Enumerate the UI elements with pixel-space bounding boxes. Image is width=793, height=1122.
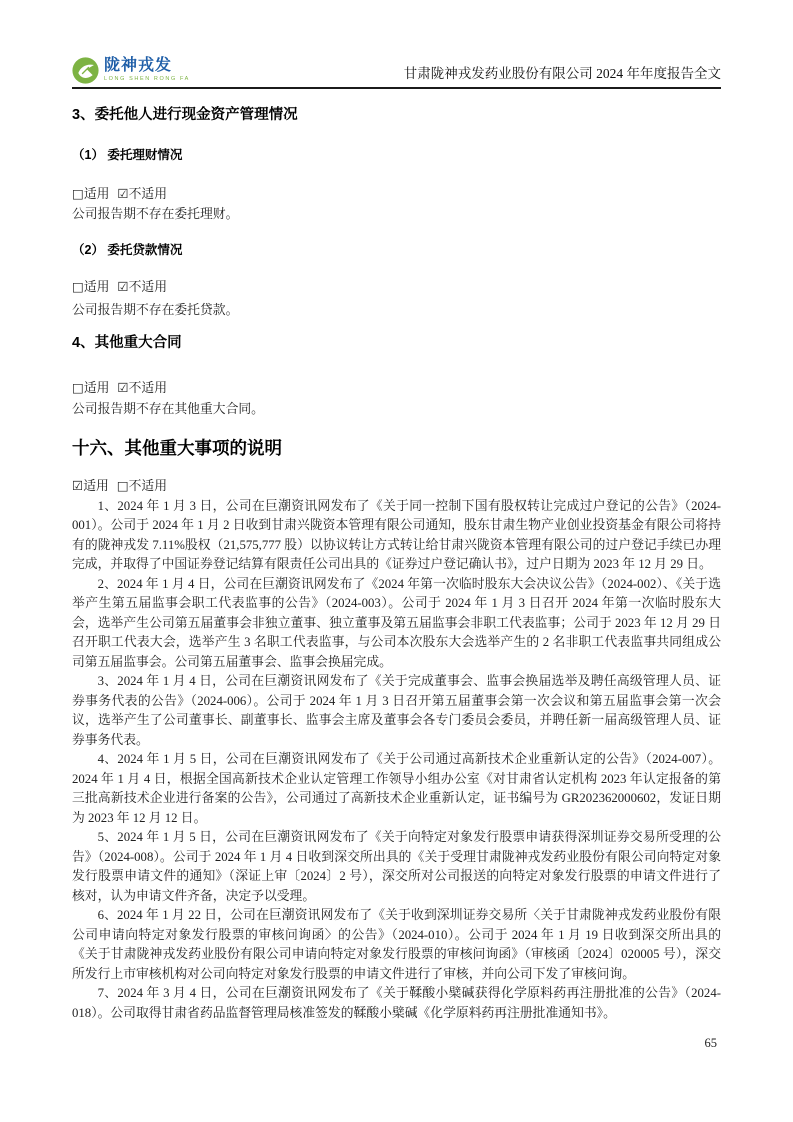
applicability-line-s3-2: □适用☑不适用 (72, 277, 721, 297)
paragraph-7: 7、2024 年 3 月 4 日，公司在巨潮资讯网发布了《关于鞣酸小檗碱获得化学… (72, 984, 721, 1023)
section-3-1-heading: （1） 委托理财情况 (72, 147, 721, 164)
checkbox-unchecked-icon: □ (72, 279, 84, 294)
section-16-body: 1、2024 年 1 月 3 日，公司在巨潮资讯网发布了《关于同一控制下国有股权… (72, 497, 721, 1024)
section-4-heading: 4、其他重大合同 (72, 334, 721, 353)
checkbox-unchecked-icon: □ (72, 186, 84, 201)
section-3-heading: 3、委托他人进行现金资产管理情况 (72, 106, 721, 125)
applicability-label: 不适用 (129, 280, 167, 294)
checkbox-checked-icon: ☑ (117, 380, 128, 395)
note-text-s3-1: 公司报告期不存在委托理财。 (72, 205, 721, 225)
header-rule (72, 87, 721, 89)
paragraph-6: 6、2024 年 1 月 22 日，公司在巨潮资讯网发布了《关于收到深圳证券交易… (72, 906, 721, 984)
applicability-label: 不适用 (129, 187, 167, 201)
page-number: 65 (705, 1036, 718, 1051)
checkbox-checked-icon: ☑ (117, 279, 128, 294)
doc-title: 甘肃陇神戎发药业股份有限公司 2024 年年度报告全文 (404, 66, 721, 84)
checkbox-unchecked-icon: □ (117, 478, 129, 493)
applicability-line-s4: □适用☑不适用 (72, 378, 721, 398)
logo-text-block: 陇神戎发 LONG SHEN RONG FA (104, 58, 190, 83)
paragraph-1: 1、2024 年 1 月 3 日，公司在巨潮资讯网发布了《关于同一控制下国有股权… (72, 497, 721, 575)
logo-company-subtitle: LONG SHEN RONG FA (104, 77, 190, 83)
note-text-s4: 公司报告期不存在其他重大合同。 (72, 400, 721, 420)
logo-bird-icon (72, 57, 99, 84)
report-page: 陇神戎发 LONG SHEN RONG FA 甘肃陇神戎发药业股份有限公司 20… (0, 0, 793, 1122)
paragraph-3: 3、2024 年 1 月 4 日，公司在巨潮资讯网发布了《关于完成董事会、监事会… (72, 672, 721, 750)
company-logo: 陇神戎发 LONG SHEN RONG FA (72, 57, 190, 84)
applicability-label: 适用 (84, 280, 110, 294)
page-header: 陇神戎发 LONG SHEN RONG FA 甘肃陇神戎发药业股份有限公司 20… (72, 46, 721, 84)
note-text-s3-2: 公司报告期不存在委托贷款。 (72, 301, 721, 321)
checkbox-checked-icon: ☑ (72, 478, 83, 493)
logo-company-name: 陇神戎发 (104, 58, 190, 74)
applicability-label: 适用 (83, 479, 109, 493)
applicability-label: 不适用 (129, 381, 167, 395)
paragraph-5: 5、2024 年 1 月 5 日，公司在巨潮资讯网发布了《关于向特定对象发行股票… (72, 828, 721, 906)
paragraph-2: 2、2024 年 1 月 4 日，公司在巨潮资讯网发布了《2024 年第一次临时… (72, 575, 721, 673)
applicability-line-s16: ☑适用□不适用 (72, 476, 721, 496)
checkbox-unchecked-icon: □ (72, 380, 84, 395)
applicability-line-s3-1: □适用☑不适用 (72, 184, 721, 204)
applicability-label: 不适用 (129, 479, 167, 493)
section-16-heading: 十六、其他重大事项的说明 (72, 436, 721, 460)
paragraph-4: 4、2024 年 1 月 5 日，公司在巨潮资讯网发布了《关于公司通过高新技术企… (72, 750, 721, 828)
applicability-label: 适用 (84, 381, 110, 395)
applicability-label: 适用 (84, 187, 110, 201)
checkbox-checked-icon: ☑ (117, 186, 128, 201)
section-3-2-heading: （2） 委托贷款情况 (72, 242, 721, 259)
